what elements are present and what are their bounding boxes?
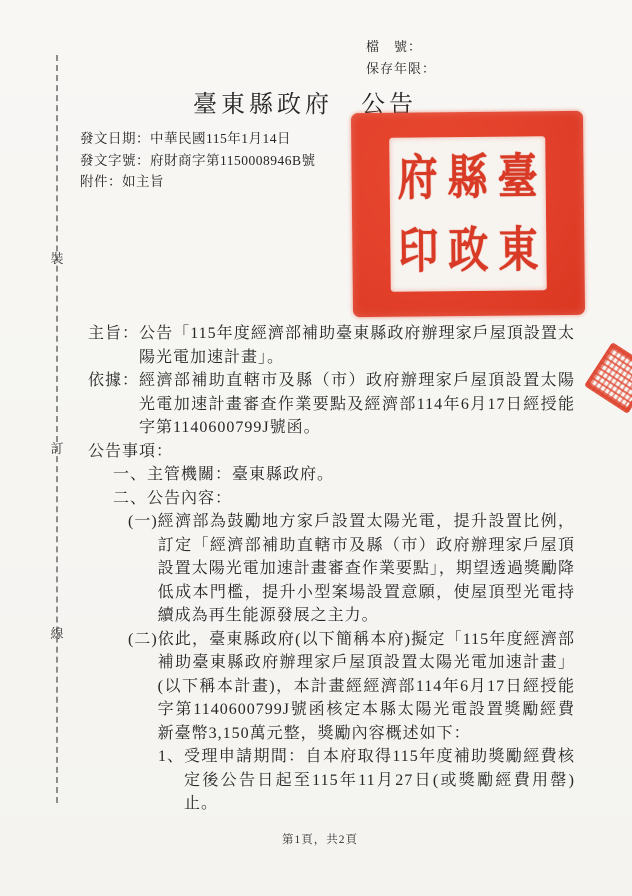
page-number: 第1頁，共2頁 [0, 831, 632, 847]
announcement-body: 主旨： 公告「115年度經濟部補助臺東縣政府辦理家戶屋頂設置太陽光電加速計畫」。… [88, 322, 575, 816]
seal-character: 東 [493, 205, 544, 295]
seal-character: 印 [393, 206, 444, 296]
sub-item-2-text: 依此，臺東縣政府(以下簡稱本府)擬定「115年度經濟部補助臺東縣政府辦理家戶屋頂… [158, 628, 575, 746]
subject-label: 主旨： [88, 322, 139, 369]
subject-paragraph: 主旨： 公告「115年度經濟部補助臺東縣政府辦理家戶屋頂設置太陽光電加速計畫」。 [88, 322, 575, 369]
binding-mark: 線 [46, 623, 68, 642]
retention-period-label: 保存年限： [366, 58, 436, 80]
basis-text: 經濟部補助直轄市及縣（市）政府辦理家戶屋頂設置太陽光電加速計畫審查作業要點及經濟… [139, 369, 575, 440]
binding-mark: 裝 [46, 248, 68, 267]
basis-paragraph: 依據： 經濟部補助直轄市及縣（市）政府辦理家戶屋頂設置太陽光電加速計畫審查作業要… [88, 369, 575, 440]
issue-date-value: 中華民國115年1月14日 [150, 131, 291, 146]
attachment-row: 附件：如主旨 [80, 171, 316, 193]
point-item-1: 1、 受理申請期間：自本府取得115年度補助獎勵經費核定後公告日起至115年11… [88, 745, 575, 816]
sub-item-1-text: 經濟部為鼓勵地方家戶設置太陽光電，提升設置比例，訂定「經濟部補助直轄市及縣（市）… [158, 510, 575, 628]
binding-mark: 訂 [46, 438, 68, 457]
issue-date-label: 發文日期： [80, 131, 150, 146]
sub-item-2-marker: (二) [128, 628, 158, 746]
subject-text: 公告「115年度經濟部補助臺東縣政府辦理家戶屋頂設置太陽光電加速計畫」。 [139, 322, 575, 369]
issue-date-row: 發文日期：中華民國115年1月14日 [80, 128, 316, 150]
sub-item-1: (一) 經濟部為鼓勵地方家戶設置太陽光電，提升設置比例，訂定「經濟部補助直轄市及… [88, 510, 575, 628]
official-seal-inner: 臺 東 縣 政 府 印 [389, 136, 547, 292]
announcement-items-heading: 公告事項： [88, 440, 575, 464]
sub-item-1-marker: (一) [128, 510, 158, 628]
sub-item-2: (二) 依此，臺東縣政府(以下簡稱本府)擬定「115年度經濟部補助臺東縣政府辦理… [88, 628, 575, 746]
doc-number-label: 發文字號： [80, 153, 150, 168]
basis-label: 依據： [88, 369, 139, 440]
point-item-1-text: 受理申請期間：自本府取得115年度補助獎勵經費核定後公告日起至115年11月27… [184, 745, 575, 816]
announcement-document-page: 檔 號： 保存年限： 臺東縣政府 公告 發文日期：中華民國115年1月14日 發… [0, 0, 632, 896]
seal-character: 政 [443, 206, 494, 296]
official-seal-stamp: 臺 東 縣 政 府 印 [351, 111, 585, 317]
issuance-meta-block: 發文日期：中華民國115年1月14日 發文字號：府財商字第1150008946B… [80, 128, 316, 193]
attachment-label: 附件： [80, 174, 122, 189]
point-item-1-marker: 1、 [158, 745, 184, 816]
doc-number-row: 發文字號：府財商字第1150008946B號 [80, 150, 316, 172]
page-seam-stamp-icon [584, 342, 632, 414]
binding-dashed-line [56, 55, 58, 803]
doc-number-value: 府財商字第1150008946B號 [150, 153, 316, 168]
file-number-label: 檔 號： [366, 36, 436, 58]
attachment-value: 如主旨 [122, 174, 164, 189]
item-announcement-content: 二、公告內容： [88, 487, 575, 511]
file-number-block: 檔 號： 保存年限： [366, 36, 436, 80]
item-competent-authority: 一、主管機關：臺東縣政府。 [88, 463, 575, 487]
